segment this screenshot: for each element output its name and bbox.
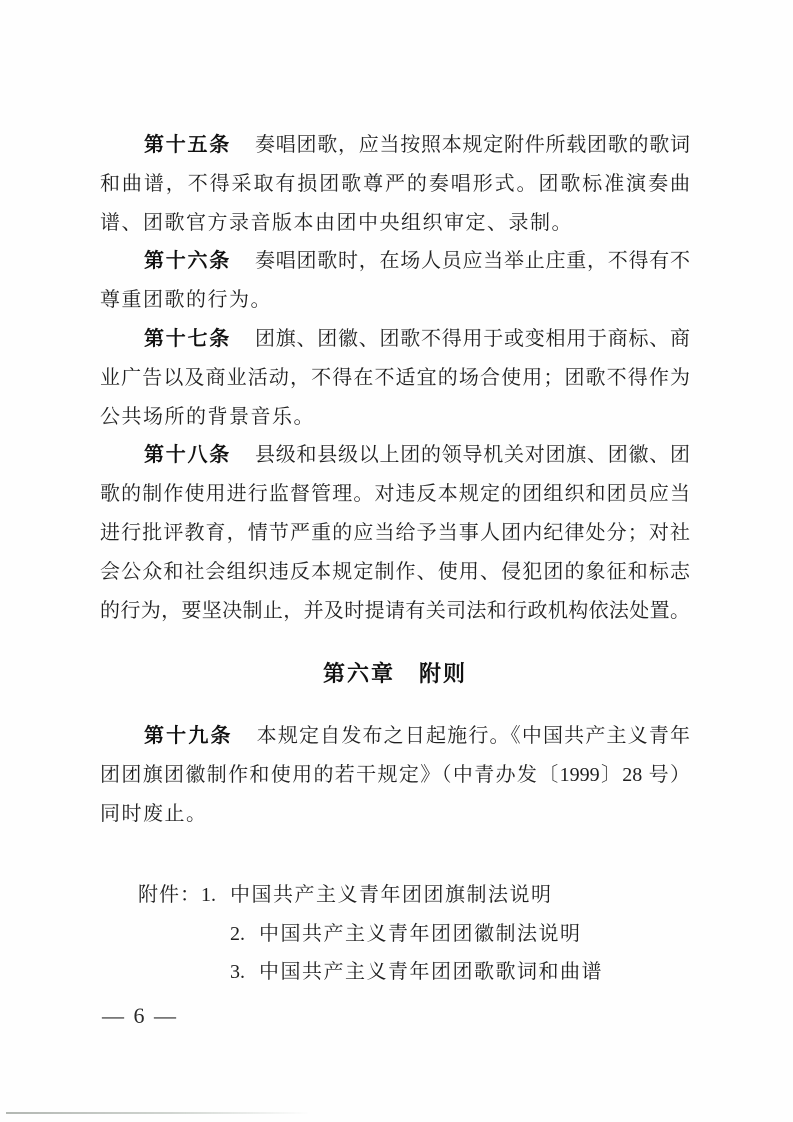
paragraph-line: 业广告以及商业活动，不得在不适宜的场合使用；团歌不得作为 [100,359,690,398]
scan-artifact-line [6,1112,311,1114]
article-label: 第十九条 [144,725,233,747]
attachment-item: 3.中国共产主义青年团团歌歌词和曲谱 [100,953,690,992]
attachments-list: 附件：1.中国共产主义青年团团旗制法说明 2.中国共产主义青年团团徽制法说明 3… [100,876,690,992]
attachment-number: 2. [230,923,245,945]
line-text: 业广告以及商业活动，不得在不适宜的场合使用；团歌不得作为 [100,367,690,389]
paragraph-line: 和曲谱，不得采取有损团歌尊严的奏唱形式。团歌标准演奏曲 [100,165,690,204]
line-text: 的行为，要坚决制止，并及时提请有关司法和行政机构依法处置。 [100,600,690,622]
page-number: — 6 — [102,1003,178,1029]
paragraph-line: 会公众和社会组织违反本规定制作、使用、侵犯团的象征和标志 [100,553,690,592]
paragraph-line: 第十七条团旗、团徽、团歌不得用于或变相用于商标、商 [100,320,690,359]
attachment-number: 1. [201,884,216,906]
paragraph-line: 进行批评教育，情节严重的应当给予当事人团内纪律处分；对社 [100,514,690,553]
paragraph-line: 公共场所的背景音乐。 [100,398,690,437]
paragraph-line: 第十八条县级和县级以上团的领导机关对团旗、团徽、团 [100,436,690,475]
line-text: 公共场所的背景音乐。 [100,406,315,428]
paragraph-line: 第十六条奏唱团歌时，在场人员应当举止庄重，不得有不 [100,242,690,281]
paragraph-line: 谱、团歌官方录音版本由团中央组织审定、录制。 [100,204,690,243]
paragraph-line: 第十九条本规定自发布之日起施行。《中国共产主义青年 [100,717,690,756]
paragraph-line: 尊重团歌的行为。 [100,281,690,320]
line-text: 会公众和社会组织违反本规定制作、使用、侵犯团的象征和标志 [100,561,690,583]
attachment-item: 2.中国共产主义青年团团徽制法说明 [100,915,690,954]
line-text: 县级和县级以上团的领导机关对团旗、团徽、团 [255,444,690,466]
line-text: 团团旗团徽制作和使用的若干规定》（中青办发〔1999〕28 号） [100,764,690,786]
paragraph-line: 歌的制作使用进行监督管理。对违反本规定的团组织和团员应当 [100,475,690,514]
line-text: 尊重团歌的行为。 [100,289,272,311]
document-page: 第十五条奏唱团歌，应当按照本规定附件所载团歌的歌词 和曲谱，不得采取有损团歌尊严… [0,0,793,1122]
article-label: 第十五条 [144,134,231,156]
paragraph-line: 团团旗团徽制作和使用的若干规定》（中青办发〔1999〕28 号） [100,756,690,795]
attachments-label: 附件： [138,884,201,906]
attachment-title: 中国共产主义青年团团旗制法说明 [230,884,553,906]
line-text: 歌的制作使用进行监督管理。对违反本规定的团组织和团员应当 [100,483,690,505]
paragraph-line: 的行为，要坚决制止，并及时提请有关司法和行政机构依法处置。 [100,592,690,631]
chapter-heading: 第六章 附则 [100,630,690,717]
line-text: 奏唱团歌时，在场人员应当举止庄重，不得有不 [255,250,690,272]
line-text: 谱、团歌官方录音版本由团中央组织审定、录制。 [100,212,573,234]
article-label: 第十八条 [144,444,231,466]
paragraph-line: 同时废止。 [100,795,690,834]
article-label: 第十六条 [144,250,231,272]
attachment-number: 3. [230,961,245,983]
line-text: 和曲谱，不得采取有损团歌尊严的奏唱形式。团歌标准演奏曲 [100,173,690,195]
line-text: 奏唱团歌，应当按照本规定附件所载团歌的歌词 [255,134,690,156]
line-text: 进行批评教育，情节严重的应当给予当事人团内纪律处分；对社 [100,522,690,544]
document-body: 第十五条奏唱团歌，应当按照本规定附件所载团歌的歌词 和曲谱，不得采取有损团歌尊严… [100,126,690,992]
article-label: 第十七条 [144,328,231,350]
line-text: 团旗、团徽、团歌不得用于或变相用于商标、商 [255,328,690,350]
paragraph-line: 第十五条奏唱团歌，应当按照本规定附件所载团歌的歌词 [100,126,690,165]
attachment-item: 附件：1.中国共产主义青年团团旗制法说明 [100,876,690,915]
attachment-title: 中国共产主义青年团团歌歌词和曲谱 [259,961,603,983]
attachment-title: 中国共产主义青年团团徽制法说明 [259,923,582,945]
line-text: 本规定自发布之日起施行。《中国共产主义青年 [257,725,690,747]
line-text: 同时废止。 [100,803,208,825]
